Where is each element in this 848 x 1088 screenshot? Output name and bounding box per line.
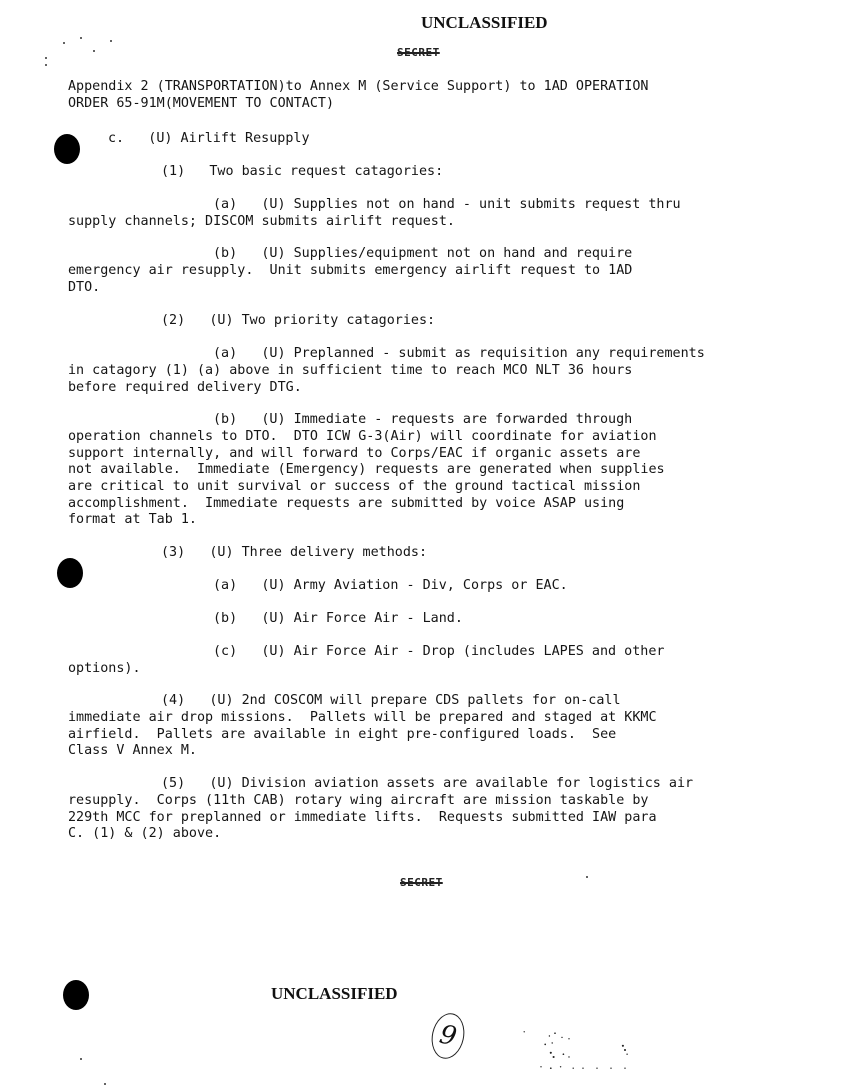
para-3c-line-1: (c) (U) Air Force Air - Drop (includes L… [213, 644, 664, 661]
para-2a-line-3: before required delivery DTG. [68, 380, 302, 397]
para-2a-line-1: (a) (U) Preplanned - submit as requisiti… [213, 346, 705, 363]
para-2b-line-6: accomplishment. Immediate requests are s… [68, 496, 624, 513]
para-2-lead: (2) (U) Two priority catagories: [161, 313, 435, 330]
para-1b-line-1: (b) (U) Supplies/equipment not on hand a… [213, 246, 632, 263]
struck-classification-bottom: SECRET [400, 876, 443, 889]
classification-bottom: UNCLASSIFIED [271, 984, 398, 1004]
section-title: c. (U) Airlift Resupply [108, 131, 310, 148]
scan-speck [80, 1058, 82, 1060]
para-3c-line-2: options). [68, 661, 141, 678]
para-3-lead: (3) (U) Three delivery methods: [161, 545, 427, 562]
punch-hole [54, 134, 80, 164]
para-1b-line-3: DTO. [68, 280, 100, 297]
para-2a-line-2: in catagory (1) (a) above in sufficient … [68, 363, 632, 380]
para-5-line-4: C. (1) & (2) above. [68, 826, 221, 843]
para-2b-line-5: are critical to unit survival or success… [68, 479, 640, 496]
document-heading-line-2: ORDER 65-91M(MOVEMENT TO CONTACT) [68, 96, 334, 113]
para-2b-line-7: format at Tab 1. [68, 512, 197, 529]
scan-speck [586, 876, 588, 878]
page-number: 9 [428, 1010, 469, 1062]
para-4-line-4: Class V Annex M. [68, 743, 197, 760]
para-2b-line-2: operation channels to DTO. DTO ICW G-3(A… [68, 429, 657, 446]
scan-speck [45, 57, 47, 59]
para-2b-line-4: not available. Immediate (Emergency) req… [68, 462, 665, 479]
para-5-line-1: (5) (U) Division aviation assets are ava… [161, 776, 693, 793]
scan-speck [45, 64, 47, 66]
punch-hole [63, 980, 89, 1010]
scan-speck [110, 40, 112, 42]
scan-speck [104, 1083, 106, 1085]
para-1a-line-1: (a) (U) Supplies not on hand - unit subm… [213, 197, 681, 214]
para-1b-line-2: emergency air resupply. Unit submits eme… [68, 263, 632, 280]
scan-speck [93, 50, 95, 52]
classification-top: UNCLASSIFIED [421, 13, 548, 33]
punch-hole [57, 558, 83, 588]
struck-classification-top: SECRET [397, 46, 440, 59]
para-2b-line-1: (b) (U) Immediate - requests are forward… [213, 412, 632, 429]
scan-noise-icon [520, 1020, 660, 1080]
para-5-line-3: 229th MCC for preplanned or immediate li… [68, 810, 657, 827]
para-1-lead: (1) Two basic request catagories: [161, 164, 443, 181]
document-heading-line-1: Appendix 2 (TRANSPORTATION)to Annex M (S… [68, 79, 648, 96]
para-4-line-2: immediate air drop missions. Pallets wil… [68, 710, 657, 727]
para-3a: (a) (U) Army Aviation - Div, Corps or EA… [213, 578, 568, 595]
scan-speck [80, 37, 82, 39]
para-4-line-3: airfield. Pallets are available in eight… [68, 727, 616, 744]
para-1a-line-2: supply channels; DISCOM submits airlift … [68, 214, 455, 231]
para-3b: (b) (U) Air Force Air - Land. [213, 611, 463, 628]
para-2b-line-3: support internally, and will forward to … [68, 446, 640, 463]
para-4-line-1: (4) (U) 2nd COSCOM will prepare CDS pall… [161, 693, 621, 710]
scan-speck [63, 42, 65, 44]
para-5-line-2: resupply. Corps (11th CAB) rotary wing a… [68, 793, 648, 810]
